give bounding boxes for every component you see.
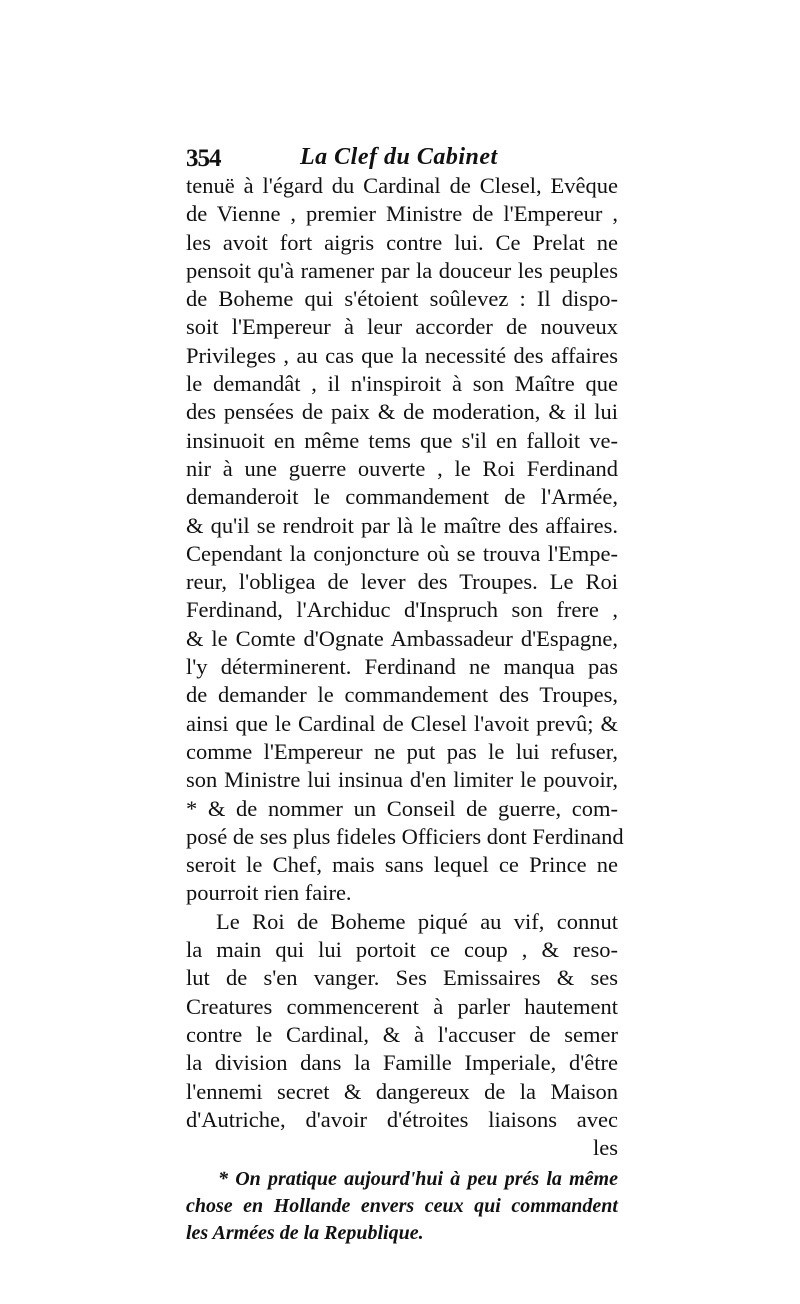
text-line: seroit le Chef, mais sans lequel ce Prin… (186, 851, 618, 879)
text-line: le demandât , il n'inspiroit à son Maîtr… (186, 370, 618, 398)
text-line: reur, l'obligea de lever des Troupes. Le… (186, 568, 618, 596)
text-line: soit l'Empereur à leur accorder de nouve… (186, 313, 618, 341)
body-text: tenuë à l'égard du Cardinal de Clesel, E… (186, 172, 618, 1162)
footnote: * On pratique aujourd'hui à peu prés la … (186, 1166, 618, 1247)
text-line: & le Comte d'Ognate Ambassadeur d'Espagn… (186, 625, 618, 653)
text-line: Cependant la conjoncture où se trouva l'… (186, 540, 618, 568)
text-line: & qu'il se rendroit par là le maître des… (186, 512, 618, 540)
footnote-reference-line: * & de nommer un Conseil de guerre, com- (186, 795, 618, 823)
text-line: tenuë à l'égard du Cardinal de Clesel, E… (186, 172, 618, 200)
text-line: contre le Cardinal, & à l'accuser de sem… (186, 1021, 618, 1049)
footnote-line: chose en Hollande envers ceux qui comman… (186, 1193, 618, 1220)
text-line: la main qui lui portoit ce coup , & reso… (186, 936, 618, 964)
book-page: 354 La Clef du Cabinet tenuë à l'égard d… (186, 146, 618, 1247)
text-line: posé de ses plus fideles Officiers dont … (186, 823, 618, 851)
text-line: de Vienne , premier Ministre de l'Empere… (186, 200, 618, 228)
text-line: Privileges , au cas que la necessité des… (186, 342, 618, 370)
text-line: demanderoit le commandement de l'Armée, (186, 483, 618, 511)
footnote-line: les Armées de la Republique. (186, 1220, 618, 1247)
text-line: de demander le commandement des Troupes, (186, 681, 618, 709)
text-line: ainsi que le Cardinal de Clesel l'avoit … (186, 710, 618, 738)
text-line: comme l'Empereur ne put pas le lui refus… (186, 738, 618, 766)
text-line: lut de s'en vanger. Ses Emissaires & ses (186, 964, 618, 992)
text-line: Creatures commencerent à parler hautemen… (186, 993, 618, 1021)
text-line: nir à une guerre ouverte , le Roi Ferdin… (186, 455, 618, 483)
text-line: insinuoit en même tems que s'il en fallo… (186, 427, 618, 455)
text-line: de Boheme qui s'étoient soûlevez : Il di… (186, 285, 618, 313)
text-line: d'Autriche, d'avoir d'étroites liaisons … (186, 1106, 618, 1134)
text-line: l'y déterminerent. Ferdinand ne manqua p… (186, 653, 618, 681)
catchword: les (186, 1134, 618, 1162)
paragraph-end-line: pourroit rien faire. (186, 879, 618, 907)
footnote-line: * On pratique aujourd'hui à peu prés la … (186, 1166, 618, 1193)
paragraph-start-line: Le Roi de Boheme piqué au vif, connut (186, 908, 618, 936)
running-title: La Clef du Cabinet (300, 144, 498, 170)
running-head: 354 La Clef du Cabinet (186, 146, 618, 172)
text-line: pensoit qu'à ramener par la douceur les … (186, 257, 618, 285)
page-number: 354 (186, 146, 221, 172)
text-line: l'ennemi secret & dangereux de la Maison (186, 1078, 618, 1106)
text-line: la division dans la Famille Imperiale, d… (186, 1049, 618, 1077)
text-line: son Ministre lui insinua d'en limiter le… (186, 766, 618, 794)
text-line: des pensées de paix & de moderation, & i… (186, 398, 618, 426)
text-line: Ferdinand, l'Archiduc d'Inspruch son fre… (186, 596, 618, 624)
text-line: les avoit fort aigris contre lui. Ce Pre… (186, 229, 618, 257)
